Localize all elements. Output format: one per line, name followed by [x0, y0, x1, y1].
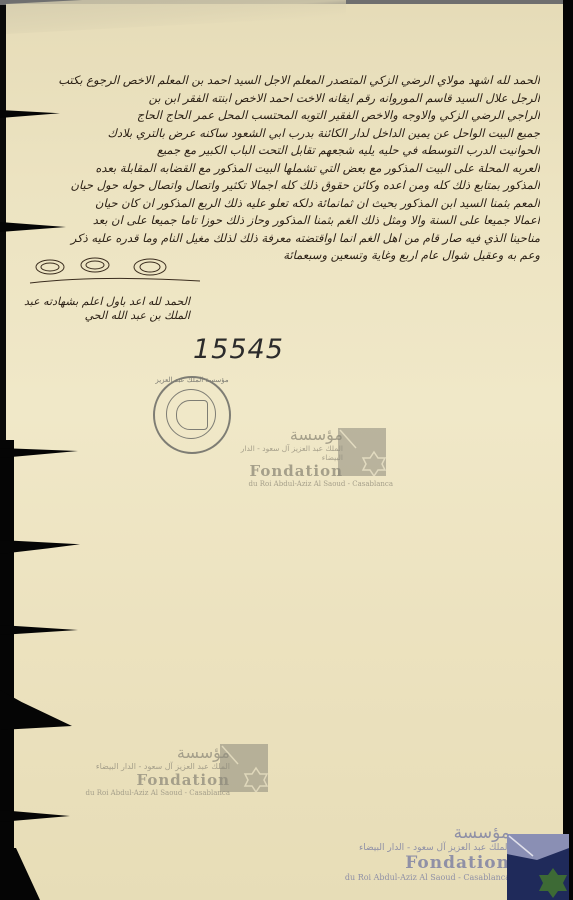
torn-edge [0, 440, 14, 900]
text-line: المعم بثمنا السيد ابن المذكور بحيث ان ثم… [10, 195, 540, 213]
text-line: الحمد لله اشهد مولاي الرضي الزكي المتصدر… [10, 72, 540, 90]
text-line: مناحينا الذي فيه صار قام من اهل الغم انم… [10, 230, 540, 248]
stamp-emblem-icon [176, 400, 208, 430]
watermark-lower-left: مؤسسة الملك عبد العزيز آل سعود - الدار ا… [70, 743, 230, 797]
watermark-arabic-subtitle: الملك عبد العزيز آل سعود - الدار البيضاء [70, 762, 230, 771]
text-line: الرجل علال السيد قاسم الموروانه رقم ايقا… [10, 90, 540, 108]
watermark-arabic-title: مؤسسة [70, 743, 230, 762]
stamp-text: مؤسسة الملك عبد العزيز [155, 376, 229, 384]
foundation-stamp: مؤسسة الملك عبد العزيز [153, 376, 231, 454]
text-line: العربه المحلة على البيت المذكور مع بعض ا… [10, 160, 540, 178]
document-scan: الحمد لله اشهد مولاي الرضي الزكي المتصدر… [0, 0, 573, 900]
text-line: الراجي الرضي الزكي والاوجه والاخص الفقير… [10, 107, 540, 125]
notary-flourish-icon [10, 255, 210, 295]
watermark-french-subtitle: du Roi Abdul-Aziz Al Saoud - Casablanca [225, 480, 393, 488]
foundation-logo-icon [338, 428, 386, 476]
signature-line: الملك بن عبد الله الحي [10, 309, 190, 323]
foundation-logo-icon [220, 744, 268, 792]
text-line: الحوانيت الدرب التوسطه في حليه يليه شجعه… [10, 142, 540, 160]
watermark-arabic-title: مؤسسة [320, 823, 510, 843]
watermark-arabic-subtitle: الملك عبد العزيز آل سعود - الدار البيضاء [225, 444, 343, 462]
watermark-arabic-title: مؤسسة [225, 425, 343, 444]
watermark-bottom-right: مؤسسة الملك عبد العزيز آل سعود - الدار ا… [320, 823, 510, 882]
archive-reference-number: 15545 [193, 334, 284, 365]
watermark-french-title: Fondation [320, 853, 510, 873]
foundation-logo-icon [507, 834, 569, 900]
witness-signature: الحمد لله اعد باول اعلم بشهادته عبد المل… [10, 295, 190, 323]
watermark-french-subtitle: du Roi Abdul-Aziz Al Saoud - Casablanca [320, 873, 510, 882]
watermark-center: مؤسسة الملك عبد العزيز آل سعود - الدار ا… [225, 425, 343, 488]
manuscript-text: الحمد لله اشهد مولاي الرضي الزكي المتصدر… [10, 72, 540, 265]
watermark-french-title: Fondation [70, 771, 230, 789]
watermark-french-title: Fondation [225, 462, 343, 480]
watermark-arabic-subtitle: الملك عبد العزيز آل سعود - الدار البيضاء [320, 843, 510, 853]
text-line: اعمالا جميعا على السنة والا ومثل ذلك الغ… [10, 212, 540, 230]
text-line: المذكور بمتابع ذلك كله ومن اعده وكائن حق… [10, 177, 540, 195]
right-edge [563, 0, 573, 900]
signature-line: الحمد لله اعد باول اعلم بشهادته عبد [10, 295, 190, 309]
text-line: جميع البيت الواحل عن يمين الداخل لدار ال… [10, 125, 540, 143]
watermark-french-subtitle: du Roi Abdul-Aziz Al Saoud - Casablanca [70, 789, 230, 797]
